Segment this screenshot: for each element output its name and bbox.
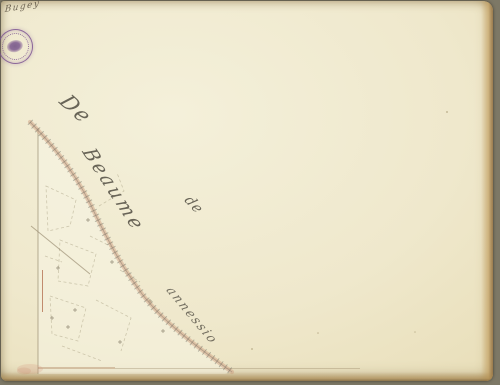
map-sheet: De Beaume de annessio Bugey [1,1,493,381]
map-drawing [0,0,500,385]
scan-background: { "document": { "kind": "scanned histori… [0,0,500,385]
scanner-bed: De Beaume de annessio Bugey [0,0,500,385]
stamp-center-blob [6,38,24,54]
